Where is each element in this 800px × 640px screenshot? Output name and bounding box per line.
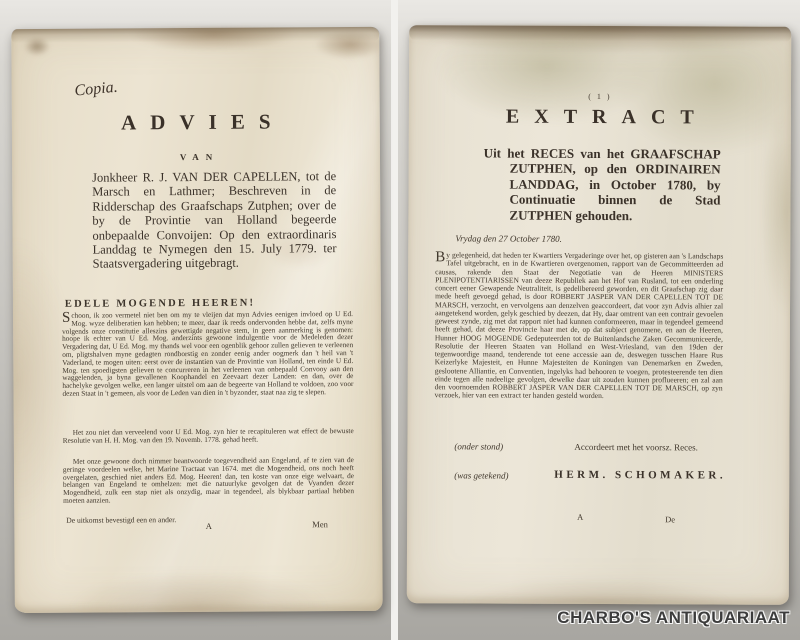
left-document-page: Copia. ADVIES VAN Jonkheer R. J. VAN DER…: [11, 27, 383, 613]
right-document-dateline: Vrydag den 27 October 1780.: [455, 233, 562, 243]
photo-left-background: Copia. ADVIES VAN Jonkheer R. J. VAN DER…: [0, 0, 391, 640]
right-document-signature-prefix: (was getekend): [454, 470, 508, 480]
left-document-catchword: Men: [312, 519, 328, 529]
right-document-page: ( 1 ) EXTRACT Uit het RECES van het GRAA…: [407, 25, 792, 605]
left-document-paragraph-2: Het zou niet dan verveelend voor U Ed. M…: [63, 427, 354, 444]
seller-watermark: CHARBO'S ANTIQUARIAAT: [557, 608, 790, 628]
photo-right-background: ( 1 ) EXTRACT Uit het RECES van het GRAA…: [398, 0, 800, 640]
left-document-heading-block: Jonkheer R. J. VAN DER CAPELLEN, tot de …: [92, 169, 337, 271]
right-document-attestation-prefix: (onder stond): [454, 441, 503, 451]
left-document-salutation: EDELE MOGENDE HEEREN!: [65, 298, 255, 310]
left-paper-torn-edge: [11, 27, 379, 45]
right-document-page-number: ( 1 ): [409, 91, 791, 102]
right-document-body: By gelegenheid, dat heden ter Kwartiers …: [435, 251, 724, 401]
left-document-title: ADVIES: [12, 109, 380, 136]
handwritten-copia-note: Copia.: [74, 79, 119, 101]
left-document-paragraph-1: Schoon, ik zoo vermetel niet ben om my t…: [62, 310, 354, 398]
right-document-attestation: Accordeert met het voorsz. Reces.: [574, 442, 697, 453]
left-document-subtitle: VAN: [12, 151, 380, 163]
right-document-catchword: De: [665, 514, 675, 524]
right-document-signature: HERM. SCHOMAKER.: [554, 469, 726, 482]
right-document-title: EXTRACT: [409, 105, 791, 130]
right-paper-torn-edge: [409, 25, 791, 43]
left-document-signature-mark: A: [63, 520, 354, 532]
right-document-signature-mark: A: [577, 512, 583, 522]
right-document-heading-block: Uit het RECES van het GRAAFSCHAP ZUTPHEN…: [483, 145, 720, 223]
left-document-paragraph-3: Met onze gewoone doch nimmer beantwoorde…: [63, 456, 354, 505]
